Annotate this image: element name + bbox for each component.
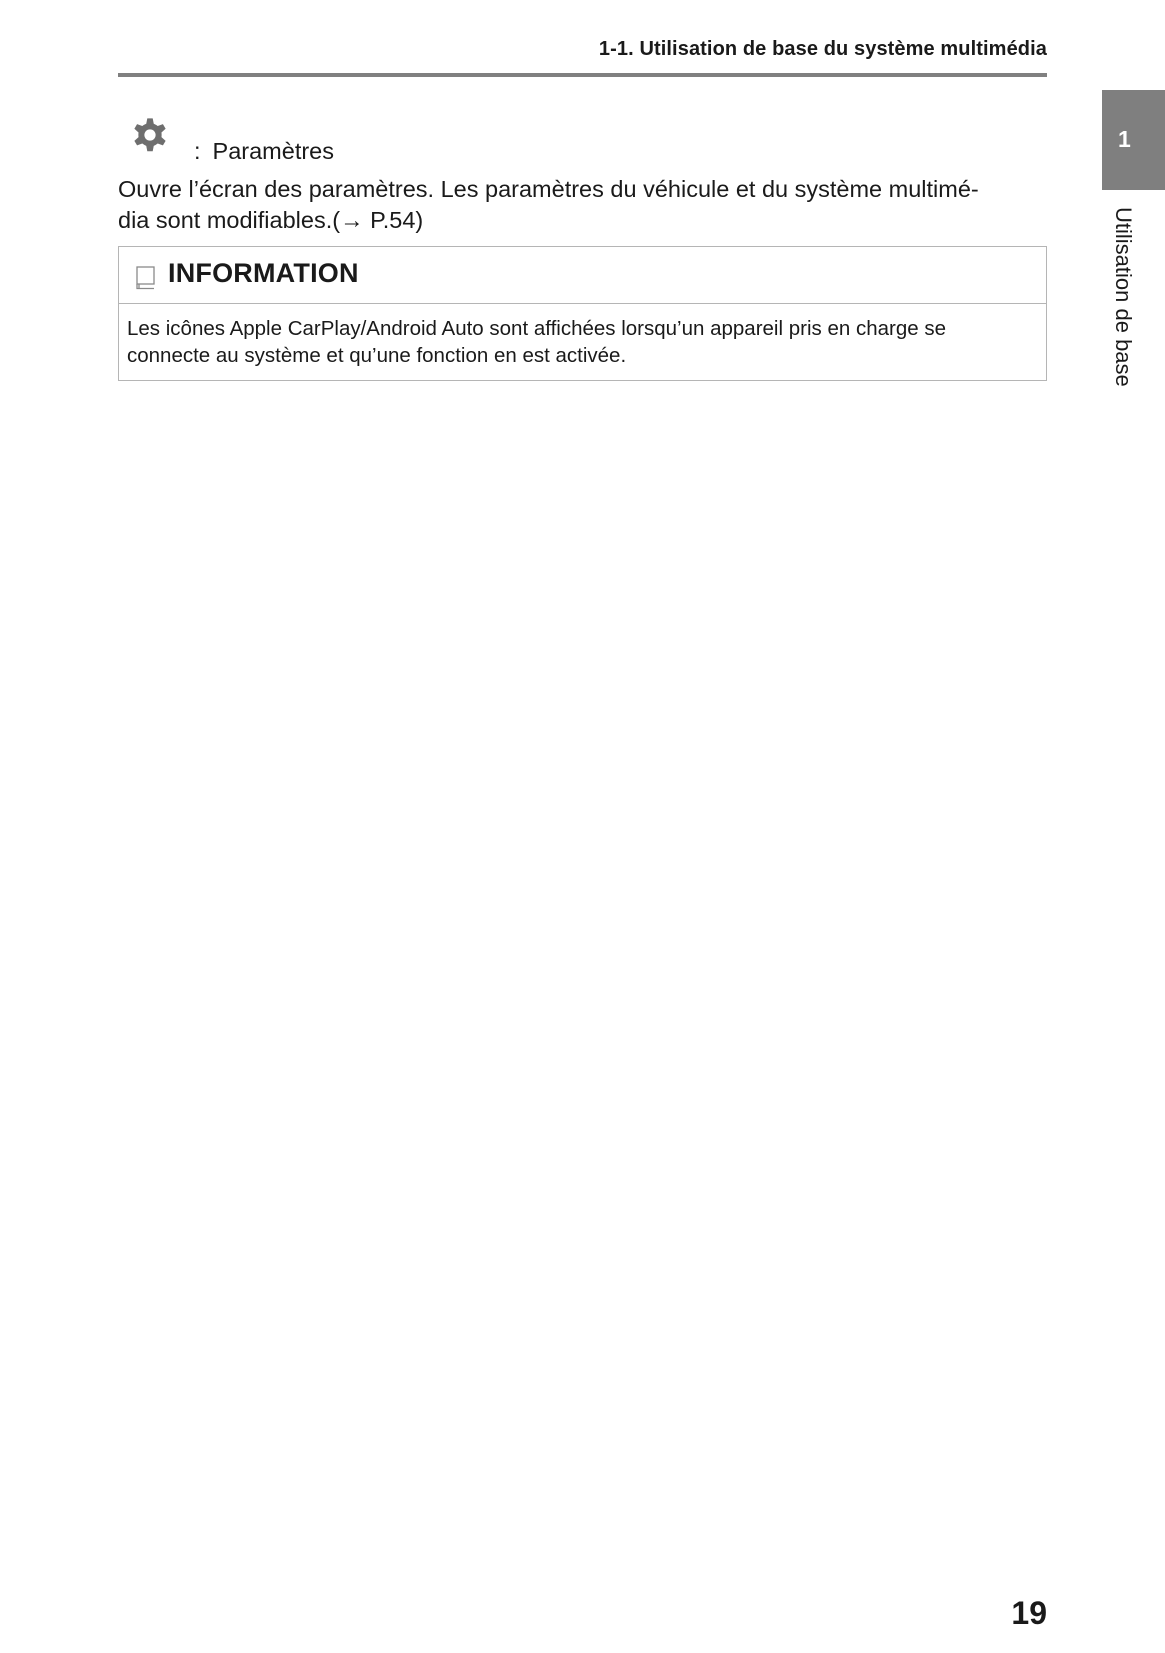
page-number: 19: [1011, 1595, 1047, 1632]
header-rule: [118, 73, 1047, 77]
book-icon: [136, 266, 156, 290]
chapter-tab: 1: [1102, 90, 1165, 190]
settings-description-line: dia sont modifiables.(→ P.54): [118, 205, 1058, 236]
settings-description-line: Ouvre l’écran des paramètres. Les paramè…: [118, 174, 1058, 205]
chapter-number: 1: [1118, 126, 1131, 153]
running-header: 1-1. Utilisation de base du système mult…: [599, 38, 1047, 61]
information-body-line: Les icônes Apple CarPlay/Android Auto so…: [127, 315, 1037, 342]
settings-separator: :: [194, 138, 201, 164]
information-title: INFORMATION: [168, 258, 359, 289]
chapter-label: Utilisation de base: [1110, 207, 1136, 387]
information-header: INFORMATION: [119, 247, 1046, 304]
settings-description: Ouvre l’écran des paramètres. Les paramè…: [118, 174, 1058, 236]
information-body-line: connecte au système et qu’une fonction e…: [127, 342, 1037, 369]
settings-label: Paramètres: [213, 138, 334, 164]
information-box: INFORMATION Les icônes Apple CarPlay/And…: [118, 246, 1047, 381]
information-body: Les icônes Apple CarPlay/Android Auto so…: [127, 315, 1037, 369]
gear-icon: [125, 110, 175, 160]
